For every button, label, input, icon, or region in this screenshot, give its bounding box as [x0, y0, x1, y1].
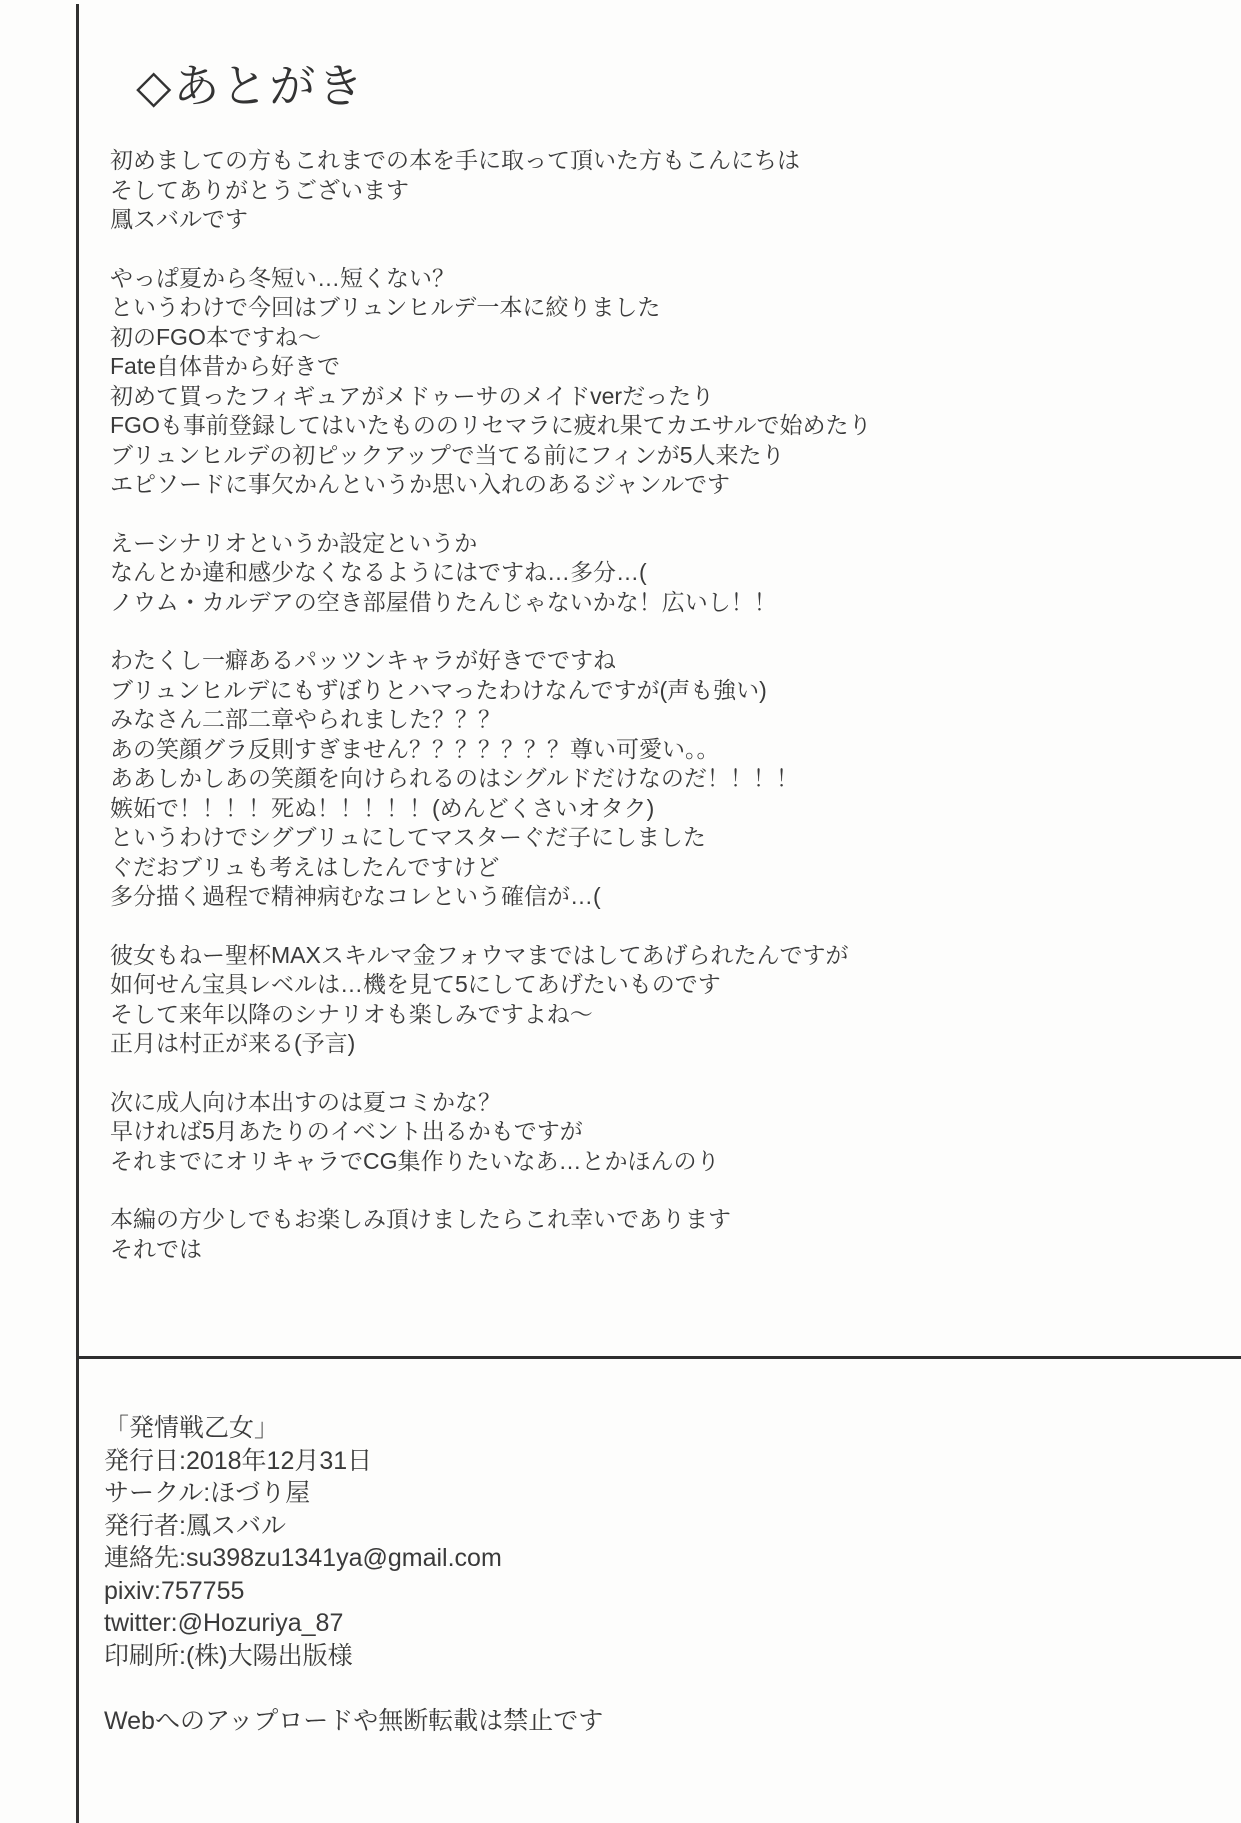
colophon-line: 「発情戦乙女」 — [104, 1412, 1204, 1445]
section-divider — [78, 1356, 1241, 1359]
colophon-lines: 「発情戦乙女」発行日:2018年12月31日サークル:ほづり屋発行者:鳳スバル連… — [104, 1412, 1204, 1672]
paragraph-greeting: 初めましての方もこれまでの本を手に取って頂いた方もこんにちはそしてありがとうござ… — [110, 146, 1210, 235]
paragraph-scenario: えーシナリオというか設定というかなんとか違和感少なくなるようにはですね…多分…(… — [110, 529, 1210, 618]
paragraph-next-plans: 次に成人向け本出すのは夏コミかな？早ければ5月あたりのイベント出るかもですがそれ… — [110, 1088, 1210, 1177]
text-line: ブリュンヒルデにもずぼりとハマったわけなんですが(声も強い) — [110, 676, 1210, 706]
paragraph-book-intro: やっぱ夏から冬短い…短くない？というわけで今回はブリュンヒルデ一本に絞りました初… — [110, 264, 1210, 500]
text-line: ぐだおブリュも考えはしたんですけど — [110, 853, 1210, 883]
text-line: そして来年以降のシナリオも楽しみですよね～ — [110, 1000, 1210, 1030]
colophon-line: twitter:@Hozuriya_87 — [104, 1607, 1204, 1640]
left-border-rule — [76, 4, 79, 1823]
text-line: なんとか違和感少なくなるようにはですね…多分…( — [110, 558, 1210, 588]
text-line: そしてありがとうございます — [110, 176, 1210, 206]
text-line: それまでにオリキャラでCG集作りたいなあ…とかほんのり — [110, 1147, 1210, 1177]
text-line: 初めて買ったフィギュアがメドゥーサのメイドverだったり — [110, 382, 1210, 412]
text-line: というわけでシグブリュにしてマスターぐだ子にしました — [110, 823, 1210, 853]
text-line: 早ければ5月あたりのイベント出るかもですが — [110, 1117, 1210, 1147]
text-line: それでは — [110, 1235, 1210, 1265]
text-line: 初のFGO本ですね～ — [110, 323, 1210, 353]
paragraph-character-talk: わたくし一癖あるパッツンキャラが好きでですねブリュンヒルデにもずぼりとハマったわ… — [110, 646, 1210, 912]
colophon-line: サークル:ほづり屋 — [104, 1477, 1204, 1510]
scanned-afterword-page: ◇あとがき 初めましての方もこれまでの本を手に取って頂いた方もこんにちはそしてあ… — [0, 0, 1241, 1823]
colophon-line: 印刷所:(株)大陽出版様 — [104, 1640, 1204, 1673]
text-line: というわけで今回はブリュンヒルデ一本に絞りました — [110, 293, 1210, 323]
afterword-title: ◇あとがき — [136, 50, 365, 116]
text-line: 多分描く過程で精神病むなコレという確信が…( — [110, 882, 1210, 912]
text-line: FGOも事前登録してはいたもののリセマラに疲れ果てカエサルで始めたり — [110, 411, 1210, 441]
text-line: 嫉妬で！！！！死ぬ！！！！！(めんどくさいオタク) — [110, 794, 1210, 824]
text-line: 本編の方少しでもお楽しみ頂けましたらこれ幸いであります — [110, 1205, 1210, 1235]
text-line: エピソードに事欠かんというか思い入れのあるジャンルです — [110, 470, 1210, 500]
text-line: 初めましての方もこれまでの本を手に取って頂いた方もこんにちは — [110, 146, 1210, 176]
text-line: わたくし一癖あるパッツンキャラが好きでですね — [110, 646, 1210, 676]
text-line: Fate自体昔から好きで — [110, 352, 1210, 382]
text-line: 鳳スバルです — [110, 205, 1210, 235]
text-line: 如何せん宝具レベルは…機を見て5にしてあげたいものです — [110, 970, 1210, 1000]
colophon-line: pixiv:757755 — [104, 1575, 1204, 1608]
reprint-notice: Webへのアップロードや無断転載は禁止です — [104, 1705, 1204, 1738]
colophon: 「発情戦乙女」発行日:2018年12月31日サークル:ほづり屋発行者:鳳スバル連… — [104, 1412, 1204, 1738]
colophon-line: 発行日:2018年12月31日 — [104, 1445, 1204, 1478]
text-line: ノウム・カルデアの空き部屋借りたんじゃないかな！広いし！！ — [110, 588, 1210, 618]
text-line: 次に成人向け本出すのは夏コミかな？ — [110, 1088, 1210, 1118]
text-line: ああしかしあの笑顔を向けられるのはシグルドだけなのだ！！！！ — [110, 764, 1210, 794]
text-line: ブリュンヒルデの初ピックアップで当てる前にフィンが5人来たり — [110, 441, 1210, 471]
text-line: みなさん二部二章やられました？？？ — [110, 705, 1210, 735]
colophon-line: 連絡先:su398zu1341ya@gmail.com — [104, 1542, 1204, 1575]
paragraph-closing: 本編の方少しでもお楽しみ頂けましたらこれ幸いでありますそれでは — [110, 1205, 1210, 1264]
paragraph-game-progress: 彼女もねー聖杯MAXスキルマ金フォウマまではしてあげられたんですが如何せん宝具レ… — [110, 941, 1210, 1059]
text-line: えーシナリオというか設定というか — [110, 529, 1210, 559]
text-line: 正月は村正が来る(予言) — [110, 1029, 1210, 1059]
text-line: やっぱ夏から冬短い…短くない？ — [110, 264, 1210, 294]
afterword-body: 初めましての方もこれまでの本を手に取って頂いた方もこんにちはそしてありがとうござ… — [110, 146, 1210, 1264]
text-line: 彼女もねー聖杯MAXスキルマ金フォウマまではしてあげられたんですが — [110, 941, 1210, 971]
colophon-line: 発行者:鳳スバル — [104, 1510, 1204, 1543]
text-line: あの笑顔グラ反則すぎません？？？？？？？尊い可愛い。。 — [110, 735, 1210, 765]
